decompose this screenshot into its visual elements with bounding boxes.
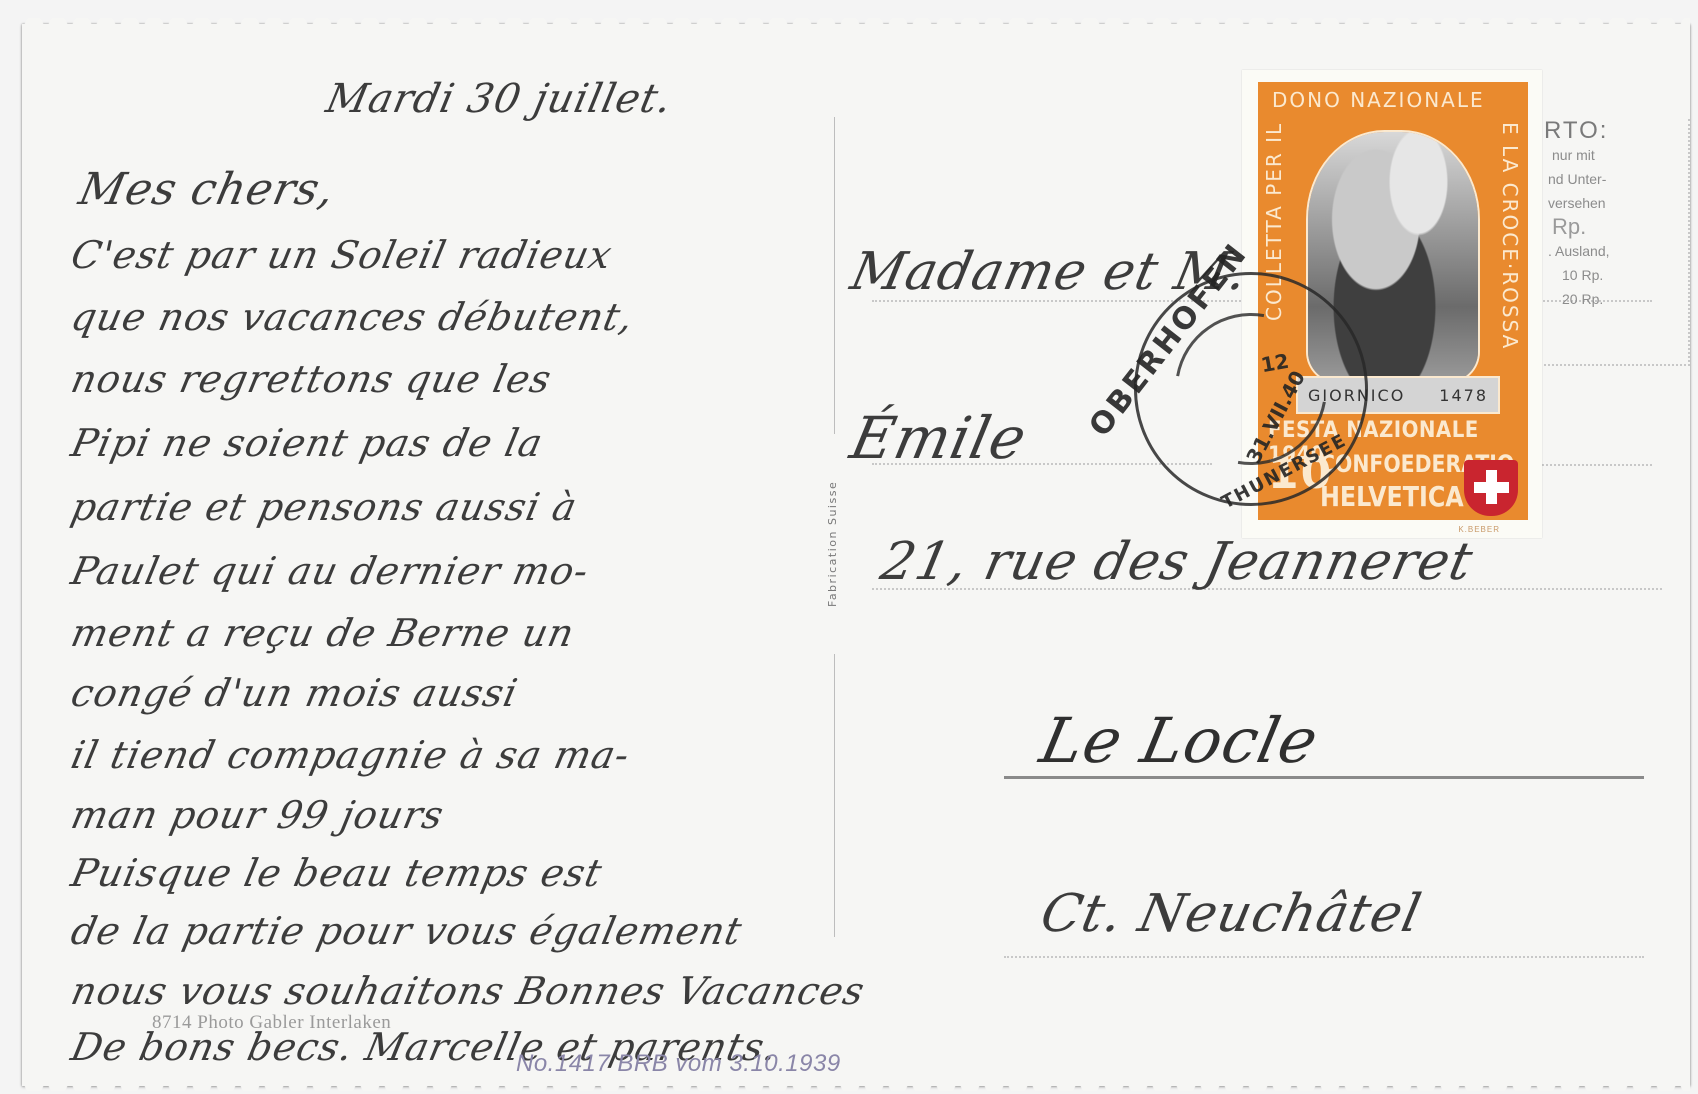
fabrication-label: Fabrication Suisse — [826, 434, 846, 654]
stamp-designer: K.BEBER — [1458, 525, 1500, 534]
postage-line: nd Unter- — [1548, 167, 1688, 191]
postmark: OBERHOFEN 12 31.VII.40 THUNERSEE — [1134, 272, 1368, 506]
message-line: partie et pensons aussi à — [68, 488, 581, 526]
message-line: Paulet qui au dernier mo- — [68, 552, 592, 590]
address-line-2: Émile — [845, 404, 1033, 472]
message-date: Mardi 30 juillet. — [322, 76, 676, 122]
postage-notice-box: RTO: nur mit nd Unter- versehen Rp. . Au… — [1540, 119, 1690, 366]
swiss-cross-icon — [1464, 460, 1518, 516]
postage-rate: 20 Rp. — [1562, 287, 1688, 311]
message-line: il tiend compagnie à sa ma- — [68, 736, 633, 774]
photo-credit: 8714 Photo Gabler Interlaken — [152, 1012, 391, 1034]
censor-stamp: No.1417 BRB vom 3.10.1939 — [516, 1050, 841, 1078]
stamp-top-text: DONO NAZIONALE — [1272, 88, 1485, 112]
postcard: Mardi 30 juillet. Mes chers, C'est par u… — [22, 24, 1690, 1086]
message-line: Puisque le beau temps est — [68, 854, 606, 892]
message-greeting: Mes chers, — [75, 164, 340, 215]
message-line: Pipi ne soient pas de la — [68, 424, 547, 462]
postage-line: nur mit — [1552, 143, 1688, 167]
message-line: C'est par un Soleil radieux — [68, 236, 616, 274]
message-line: ment a reçu de Berne un — [68, 614, 578, 652]
message-line: congé d'un mois aussi — [68, 674, 521, 712]
postage-title: RTO: — [1544, 119, 1688, 143]
address-line-4: Le Locle — [1034, 704, 1325, 777]
message-line: nous vous souhaitons Bonnes Vacances — [68, 972, 868, 1010]
postage-rate: 10 Rp. — [1562, 263, 1688, 287]
postage-rp: Rp. — [1552, 215, 1688, 239]
address-rule — [1004, 956, 1644, 958]
message-line: nous regrettons que les — [68, 360, 555, 398]
address-line-5: Ct. Neuchâtel — [1036, 884, 1427, 944]
message-line: man pour 99 jours — [68, 796, 447, 834]
message-line: que nos vacances débutent, — [68, 298, 637, 336]
postage-ausland: . Ausland, — [1548, 239, 1688, 263]
postage-line: versehen — [1548, 191, 1688, 215]
plinth-year: 1478 — [1439, 386, 1488, 405]
stamp-country-2: HELVETICA — [1320, 480, 1464, 513]
address-line-3: 21, rue des Jeanneret — [876, 532, 1479, 592]
stamp-right-text: E LA CROCE·ROSSA — [1498, 122, 1522, 407]
message-line: de la partie pour vous également — [68, 912, 746, 950]
